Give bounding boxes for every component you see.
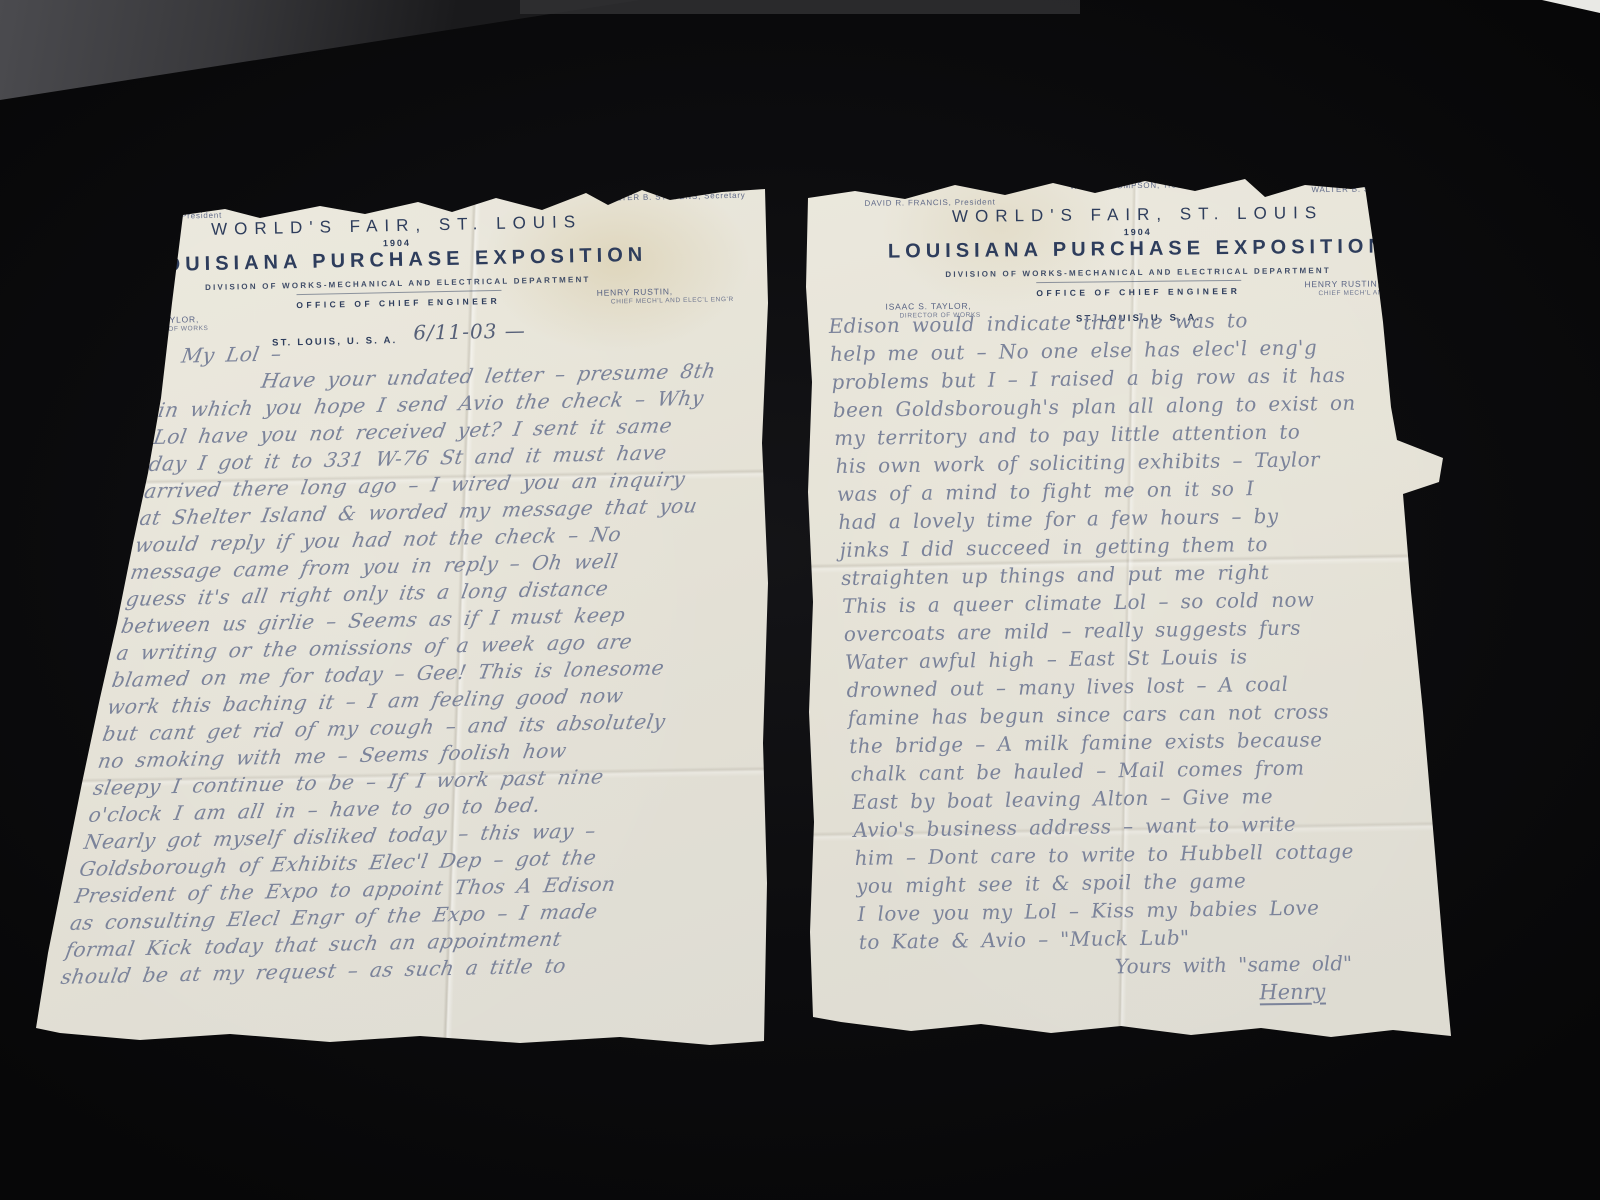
officer-treasurer: WM. H. THOMPSON, Treasurer: [18, 184, 773, 209]
letterhead-rule: [1036, 280, 1241, 283]
letter-body-page-2: Edison would indicate that he was tohelp…: [828, 303, 1487, 1013]
letter-body-page-1: My Lol –Have your undated letter – presu…: [59, 329, 788, 991]
officer-secretary: WALTER B. STEVENS, Secretary: [603, 191, 746, 203]
letter-page-1: DAVID R. FRANCIS, President WM. H. THOMP…: [20, 183, 775, 1053]
letterhead-rule: [296, 290, 501, 295]
officer-engineer: HENRY RUSTIN, Chief Mech'l and Elec'l En…: [1304, 279, 1441, 298]
engineer-title: Chief Mech'l and Elec'l Eng'r: [1318, 288, 1441, 298]
letterhead-division: DIVISION OF WORKS-MECHANICAL AND ELECTRI…: [793, 264, 1483, 280]
backdrop-fold: [0, 0, 640, 100]
engineer-title: Chief Mech'l and Elec'l Eng'r: [611, 295, 734, 307]
officer-secretary: WALTER B. STEVENS, Secretary: [1311, 184, 1454, 194]
letter-lines: Edison would indicate that he was tohelp…: [828, 303, 1484, 956]
letter-page-2: DAVID R. FRANCIS, President WM. H. THOMP…: [793, 172, 1483, 1057]
officer-engineer: HENRY RUSTIN, Chief Mech'l and Elec'l En…: [597, 286, 734, 307]
letterhead-office: OFFICE OF CHIEF ENGINEER: [793, 283, 1483, 300]
officer-treasurer: WM. H. THOMPSON, Treasurer: [792, 177, 1482, 193]
signature: Henry: [1259, 975, 1487, 1007]
photo-backdrop: DAVID R. FRANCIS, President WM. H. THOMP…: [0, 0, 1600, 1200]
backdrop-edge: [520, 0, 1080, 14]
corner-sliver: [1542, 0, 1600, 13]
